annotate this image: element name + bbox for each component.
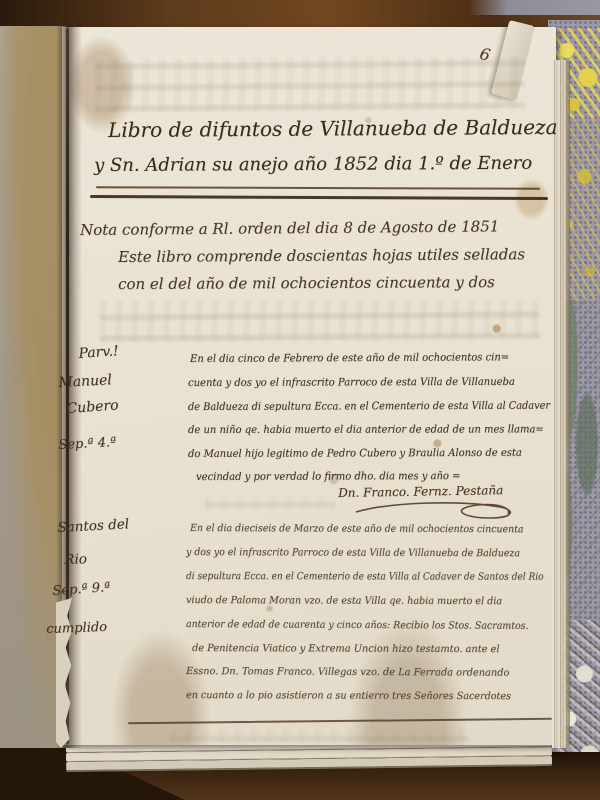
title-line-2: y Sn. Adrian su anejo año 1852 dia 1.º d…: [94, 153, 532, 176]
ink-bleedthrough: [170, 730, 470, 742]
page-right-edges: [552, 60, 570, 748]
entry1-body-line: de un niño qe. habia muerto el dia anter…: [188, 423, 544, 436]
nota-line-3: con el del año de mil ochocientos cincue…: [118, 273, 495, 293]
entry2-body-line: de Penitencia Viatico y Extrema Uncion h…: [192, 643, 500, 655]
entry1-body-line: do Manuel hijo legitimo de Pedro Cubero …: [188, 447, 522, 460]
entry1-body-line: vecindad y por verdad lo firmo dho. dia …: [196, 470, 460, 483]
signature-rubric-flourish: [350, 498, 520, 524]
manuscript-photo: 6 Libro de difuntos de Villanueba de Bal…: [0, 0, 600, 800]
entry2-body-line: di sepultura Ecca. en el Cementerio de e…: [186, 571, 544, 583]
ink-bleedthrough: [95, 56, 525, 112]
entry1-margin-grave: Sep.ª 4.ª: [58, 435, 117, 453]
nota-line-2: Este libro comprende doscientas hojas ut…: [118, 245, 525, 266]
entry2-body-line: y dos yo el infrascrito Parroco de esta …: [186, 547, 520, 559]
background-gray-patch: [468, 0, 600, 15]
entry2-body-line: Essno. Dn. Tomas Franco. Villegas vzo. d…: [186, 666, 509, 679]
entry2-body-line: viudo de Paloma Moran vzo. de esta Villa…: [186, 595, 502, 607]
entry1-body-line: de Baldueza di sepultura Ecca. en el Cem…: [188, 400, 550, 413]
title-line-1: Libro de difuntos de Villanueba de Baldu…: [108, 115, 558, 142]
entry1-margin-name: Manuel: [58, 372, 112, 391]
entry2-margin-surname: Rio: [64, 551, 87, 568]
entry2-body-line: en cuanto a lo pio asistieron a su entie…: [186, 690, 511, 702]
entry2-body-line: anterior de edad de cuarenta y cinco año…: [186, 619, 529, 632]
entry2-margin-cumplido: cumplido: [46, 620, 107, 637]
entry1-margin-parvulo: Parv.!: [78, 343, 119, 362]
entry1-body-line: En el dia cinco de Febrero de este año d…: [190, 351, 509, 365]
ink-bleedthrough: [100, 298, 540, 341]
nota-line-1: Nota conforme a Rl. orden del dia 8 de A…: [80, 217, 499, 239]
entry2-body-line: En el dia dieciseis de Marzo de este año…: [190, 523, 524, 535]
entry1-body-line: cuenta y dos yo el infrascrito Parroco d…: [188, 376, 515, 389]
ink-bleedthrough: [205, 494, 335, 508]
